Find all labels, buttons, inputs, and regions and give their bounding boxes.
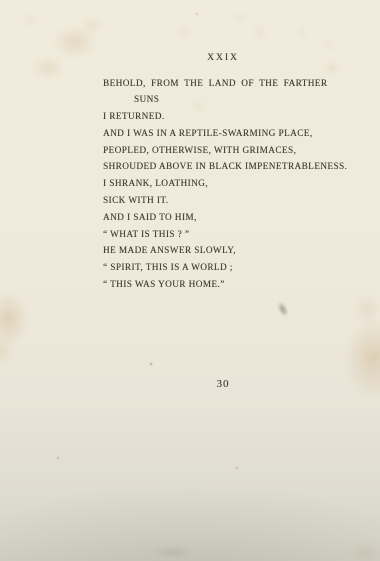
foxing-stain bbox=[254, 27, 265, 38]
poem-line: HE MADE ANSWER SLOWLY, bbox=[103, 242, 343, 259]
ink-smudge bbox=[275, 299, 291, 320]
poem-line: “ SPIRIT, THIS IS A WORLD ; bbox=[103, 259, 343, 276]
foxing-stain bbox=[0, 338, 12, 364]
foxing-stain bbox=[236, 13, 244, 21]
poem-line: “ THIS WAS YOUR HOME.” bbox=[103, 276, 343, 293]
foxing-stain bbox=[350, 544, 380, 561]
foxing-stain bbox=[354, 294, 380, 324]
poem-line: AND I WAS IN A REPTILE-SWARMING PLACE, bbox=[103, 125, 343, 142]
page-number: 30 bbox=[103, 378, 343, 390]
paper-speck bbox=[196, 13, 198, 15]
paper-speck bbox=[150, 363, 152, 365]
poem-line: I RETURNED. bbox=[103, 108, 343, 125]
foxing-stain bbox=[34, 57, 62, 79]
foxing-stain bbox=[299, 28, 307, 36]
bottom-shadow-smear bbox=[152, 548, 194, 556]
poem-line: AND I SAID TO HIM, bbox=[103, 209, 343, 226]
poem-line: PEOPLED, OTHERWISE, WITH GRIMACES, bbox=[103, 142, 343, 159]
paper-speck bbox=[57, 457, 59, 459]
foxing-stain bbox=[82, 17, 102, 33]
poem-line: SICK WITH IT. bbox=[103, 192, 343, 209]
scanned-book-page: XXIX BEHOLD, FROM THE LAND OF THE FARTHE… bbox=[0, 0, 380, 561]
poem-line: “ WHAT IS THIS ? ” bbox=[103, 226, 343, 243]
foxing-stain bbox=[344, 318, 380, 398]
poem-number-heading: XXIX bbox=[103, 53, 343, 63]
foxing-stain bbox=[0, 292, 28, 346]
foxing-stain bbox=[325, 40, 334, 49]
foxing-stain bbox=[179, 27, 189, 37]
poem-line: I SHRANK, LOATHING, bbox=[103, 175, 343, 192]
poem-line: BEHOLD, FROM THE LAND OF THE FARTHER bbox=[103, 75, 343, 92]
poem-line: SHROUDED ABOVE IN BLACK IMPENETRABLENESS… bbox=[103, 158, 343, 175]
foxing-stain bbox=[22, 14, 38, 26]
poem-line: SUNS bbox=[103, 91, 343, 108]
foxing-stain bbox=[53, 26, 97, 58]
paper-speck bbox=[236, 467, 238, 469]
poem-body: BEHOLD, FROM THE LAND OF THE FARTHER SUN… bbox=[103, 75, 343, 293]
